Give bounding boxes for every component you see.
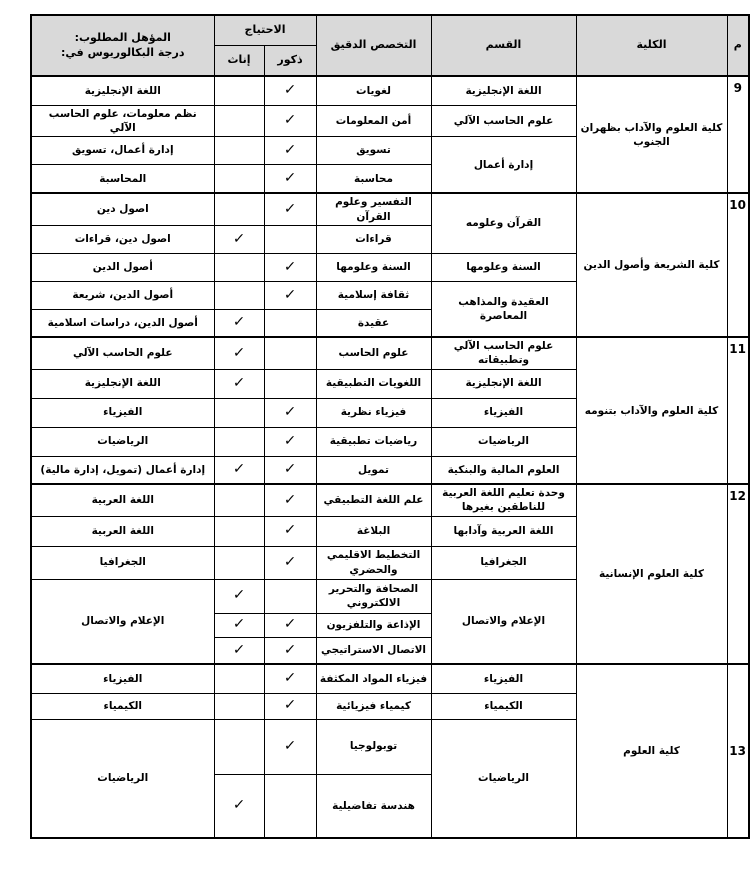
check-icon: ✓ bbox=[283, 523, 296, 537]
male-need-cell: ✓ bbox=[264, 76, 316, 105]
check-icon: ✓ bbox=[283, 493, 296, 507]
department-cell: اللغة العربية وآدابها bbox=[431, 516, 576, 546]
check-icon: ✓ bbox=[283, 739, 296, 753]
qualification-cell: الفيزياء bbox=[31, 398, 214, 427]
qualification-cell: المحاسبة bbox=[31, 164, 214, 193]
male-need-cell: ✓ bbox=[264, 193, 316, 225]
specialization-cell: علم اللغة التطبيقي bbox=[316, 484, 431, 516]
male-need-cell: ✓ bbox=[264, 456, 316, 484]
specialization-cell: البلاغة bbox=[316, 516, 431, 546]
specialization-cell: تسويق bbox=[316, 136, 431, 164]
table-row: 11كلية العلوم والآداب بتنومهعلوم الحاسب … bbox=[31, 337, 749, 369]
check-icon: ✓ bbox=[283, 555, 296, 569]
header-males: ذكور bbox=[264, 46, 316, 77]
male-need-cell: ✓ bbox=[264, 613, 316, 637]
header-specialization: التخصص الدقيق bbox=[316, 15, 431, 76]
row-number-cell: 13 bbox=[727, 664, 749, 838]
check-icon: ✓ bbox=[283, 671, 296, 685]
check-icon: ✓ bbox=[232, 588, 245, 602]
qualification-cell: الفيزياء bbox=[31, 664, 214, 693]
department-cell: الإعلام والاتصال bbox=[431, 579, 576, 664]
document-page: م الكلية القسم التخصص الدقيق الاحتياج ال… bbox=[0, 0, 750, 872]
check-icon: ✓ bbox=[283, 462, 296, 476]
male-need-cell: ✓ bbox=[264, 136, 316, 164]
department-cell: الرياضيات bbox=[431, 719, 576, 838]
department-cell: علوم الحاسب الآلي وتطبيقاته bbox=[431, 337, 576, 369]
female-need-cell bbox=[214, 427, 264, 456]
check-icon: ✓ bbox=[232, 798, 245, 812]
check-icon: ✓ bbox=[283, 260, 296, 274]
qualification-cell: اللغة الإنجليزية bbox=[31, 369, 214, 398]
qualification-cell: الرياضيات bbox=[31, 427, 214, 456]
row-number-cell: 11 bbox=[727, 337, 749, 484]
faculty-needs-table: م الكلية القسم التخصص الدقيق الاحتياج ال… bbox=[30, 14, 750, 839]
college-cell: كلية العلوم الإنسانية bbox=[576, 484, 727, 664]
male-need-cell bbox=[264, 579, 316, 613]
check-icon: ✓ bbox=[283, 288, 296, 302]
specialization-cell: الصحافة والتحرير الالكتروني bbox=[316, 579, 431, 613]
female-need-cell: ✓ bbox=[214, 337, 264, 369]
check-icon: ✓ bbox=[283, 643, 296, 657]
qualification-cell: أصول الدين، دراسات اسلامية bbox=[31, 309, 214, 337]
female-need-cell bbox=[214, 281, 264, 309]
specialization-cell: رياضيات تطبيقية bbox=[316, 427, 431, 456]
specialization-cell: فيزياء نظرية bbox=[316, 398, 431, 427]
row-number-cell: 12 bbox=[727, 484, 749, 664]
header-number: م bbox=[727, 15, 749, 76]
check-icon: ✓ bbox=[232, 346, 245, 360]
check-icon: ✓ bbox=[232, 617, 245, 631]
specialization-cell: علوم الحاسب bbox=[316, 337, 431, 369]
department-cell: الكيمياء bbox=[431, 693, 576, 719]
male-need-cell: ✓ bbox=[264, 516, 316, 546]
male-need-cell: ✓ bbox=[264, 253, 316, 281]
female-need-cell: ✓ bbox=[214, 637, 264, 664]
qualification-cell: أصول الدين bbox=[31, 253, 214, 281]
male-need-cell: ✓ bbox=[264, 637, 316, 664]
check-icon: ✓ bbox=[283, 202, 296, 216]
table-header: م الكلية القسم التخصص الدقيق الاحتياج ال… bbox=[31, 15, 749, 76]
female-need-cell bbox=[214, 164, 264, 193]
qualification-cell: علوم الحاسب الآلي bbox=[31, 337, 214, 369]
female-need-cell bbox=[214, 105, 264, 136]
specialization-cell: الاتصال الاستراتيجي bbox=[316, 637, 431, 664]
specialization-cell: ثقافة إسلامية bbox=[316, 281, 431, 309]
specialization-cell: الإذاعة والتلفزيون bbox=[316, 613, 431, 637]
row-number-cell: 10 bbox=[727, 193, 749, 337]
qualification-cell: الكيمياء bbox=[31, 693, 214, 719]
department-cell: الجغرافيا bbox=[431, 546, 576, 579]
header-department: القسم bbox=[431, 15, 576, 76]
header-college: الكلية bbox=[576, 15, 727, 76]
department-cell: القرآن وعلومه bbox=[431, 193, 576, 253]
female-need-cell bbox=[214, 253, 264, 281]
table-row: 10كلية الشريعة وأصول الدينالقرآن وعلومها… bbox=[31, 193, 749, 225]
table-body: 9كلية العلوم والآداب بظهران الجنوباللغة … bbox=[31, 76, 749, 838]
college-cell: كلية الشريعة وأصول الدين bbox=[576, 193, 727, 337]
specialization-cell: التخطيط الاقليمي والحضري bbox=[316, 546, 431, 579]
header-need: الاحتياج bbox=[214, 15, 316, 46]
check-icon: ✓ bbox=[232, 315, 245, 329]
check-icon: ✓ bbox=[232, 232, 245, 246]
female-need-cell bbox=[214, 693, 264, 719]
check-icon: ✓ bbox=[232, 376, 245, 390]
qualification-cell: الجغرافيا bbox=[31, 546, 214, 579]
qualification-cell: اللغة العربية bbox=[31, 516, 214, 546]
department-cell: العلوم المالية والبنكية bbox=[431, 456, 576, 484]
male-need-cell bbox=[264, 225, 316, 253]
female-need-cell bbox=[214, 193, 264, 225]
college-cell: كلية العلوم bbox=[576, 664, 727, 838]
specialization-cell: تمويل bbox=[316, 456, 431, 484]
female-need-cell: ✓ bbox=[214, 309, 264, 337]
female-need-cell bbox=[214, 136, 264, 164]
female-need-cell: ✓ bbox=[214, 456, 264, 484]
qualification-cell: اللغة الإنجليزية bbox=[31, 76, 214, 105]
row-number-cell: 9 bbox=[727, 76, 749, 193]
specialization-cell: توبولوجيا bbox=[316, 719, 431, 774]
specialization-cell: هندسة تفاضيلية bbox=[316, 774, 431, 838]
specialization-cell: أمن المعلومات bbox=[316, 105, 431, 136]
female-need-cell: ✓ bbox=[214, 579, 264, 613]
department-cell: اللغة الإنجليزية bbox=[431, 76, 576, 105]
male-need-cell: ✓ bbox=[264, 546, 316, 579]
check-icon: ✓ bbox=[283, 113, 296, 127]
qualification-cell: الرياضيات bbox=[31, 719, 214, 838]
department-cell: اللغة الإنجليزية bbox=[431, 369, 576, 398]
check-icon: ✓ bbox=[232, 462, 245, 476]
department-cell: إدارة أعمال bbox=[431, 136, 576, 193]
male-need-cell: ✓ bbox=[264, 164, 316, 193]
qualification-cell: إدارة أعمال، تسويق bbox=[31, 136, 214, 164]
check-icon: ✓ bbox=[283, 83, 296, 97]
table-row: 12كلية العلوم الإنسانيةوحدة تعليم اللغة … bbox=[31, 484, 749, 516]
male-need-cell bbox=[264, 774, 316, 838]
check-icon: ✓ bbox=[283, 143, 296, 157]
table-row: 9كلية العلوم والآداب بظهران الجنوباللغة … bbox=[31, 76, 749, 105]
department-cell: الفيزياء bbox=[431, 664, 576, 693]
qualification-cell: إدارة أعمال (تمويل، إدارة مالية) bbox=[31, 456, 214, 484]
specialization-cell: لغويات bbox=[316, 76, 431, 105]
female-need-cell bbox=[214, 484, 264, 516]
check-icon: ✓ bbox=[283, 405, 296, 419]
male-need-cell: ✓ bbox=[264, 281, 316, 309]
college-cell: كلية العلوم والآداب بظهران الجنوب bbox=[576, 76, 727, 193]
male-need-cell: ✓ bbox=[264, 664, 316, 693]
male-need-cell: ✓ bbox=[264, 427, 316, 456]
qualification-cell: اصول دين bbox=[31, 193, 214, 225]
table-row: 13كلية العلومالفيزياءفيزياء المواد المكث… bbox=[31, 664, 749, 693]
specialization-cell: اللغويات التطبيقية bbox=[316, 369, 431, 398]
qualification-cell: نظم معلومات، علوم الحاسب الآلي bbox=[31, 105, 214, 136]
department-cell: السنة وعلومها bbox=[431, 253, 576, 281]
header-qualification-line1: المؤهل المطلوب: bbox=[35, 31, 211, 46]
male-need-cell: ✓ bbox=[264, 693, 316, 719]
qualification-cell: اصول دين، قراءات bbox=[31, 225, 214, 253]
check-icon: ✓ bbox=[283, 617, 296, 631]
male-need-cell: ✓ bbox=[264, 105, 316, 136]
specialization-cell: السنة وعلومها bbox=[316, 253, 431, 281]
male-need-cell: ✓ bbox=[264, 398, 316, 427]
check-icon: ✓ bbox=[283, 434, 296, 448]
department-cell: الفيزياء bbox=[431, 398, 576, 427]
check-icon: ✓ bbox=[283, 698, 296, 712]
qualification-cell: اللغة العربية bbox=[31, 484, 214, 516]
specialization-cell: محاسبة bbox=[316, 164, 431, 193]
female-need-cell: ✓ bbox=[214, 774, 264, 838]
female-need-cell bbox=[214, 664, 264, 693]
male-need-cell: ✓ bbox=[264, 719, 316, 774]
male-need-cell bbox=[264, 369, 316, 398]
female-need-cell bbox=[214, 516, 264, 546]
check-icon: ✓ bbox=[283, 171, 296, 185]
header-qualification-line2: درجة البكالوريوس في: bbox=[35, 46, 211, 61]
female-need-cell bbox=[214, 398, 264, 427]
specialization-cell: قراءات bbox=[316, 225, 431, 253]
department-cell: الرياضيات bbox=[431, 427, 576, 456]
female-need-cell: ✓ bbox=[214, 225, 264, 253]
department-cell: علوم الحاسب الآلي bbox=[431, 105, 576, 136]
male-need-cell bbox=[264, 309, 316, 337]
specialization-cell: التفسير وعلوم القرآن bbox=[316, 193, 431, 225]
qualification-cell: الإعلام والاتصال bbox=[31, 579, 214, 664]
qualification-cell: أصول الدين، شريعة bbox=[31, 281, 214, 309]
female-need-cell: ✓ bbox=[214, 613, 264, 637]
female-need-cell bbox=[214, 719, 264, 774]
specialization-cell: فيزياء المواد المكثفة bbox=[316, 664, 431, 693]
college-cell: كلية العلوم والآداب بتنومه bbox=[576, 337, 727, 484]
male-need-cell bbox=[264, 337, 316, 369]
female-need-cell bbox=[214, 546, 264, 579]
female-need-cell: ✓ bbox=[214, 369, 264, 398]
header-females: إناث bbox=[214, 46, 264, 77]
male-need-cell: ✓ bbox=[264, 484, 316, 516]
check-icon: ✓ bbox=[232, 643, 245, 657]
specialization-cell: عقيدة bbox=[316, 309, 431, 337]
female-need-cell bbox=[214, 76, 264, 105]
department-cell: وحدة تعليم اللغة العربية للناطقين بغيرها bbox=[431, 484, 576, 516]
specialization-cell: كيمياء فيزيائية bbox=[316, 693, 431, 719]
department-cell: العقيدة والمذاهب المعاصرة bbox=[431, 281, 576, 337]
header-qualification: المؤهل المطلوب: درجة البكالوريوس في: bbox=[31, 15, 214, 76]
